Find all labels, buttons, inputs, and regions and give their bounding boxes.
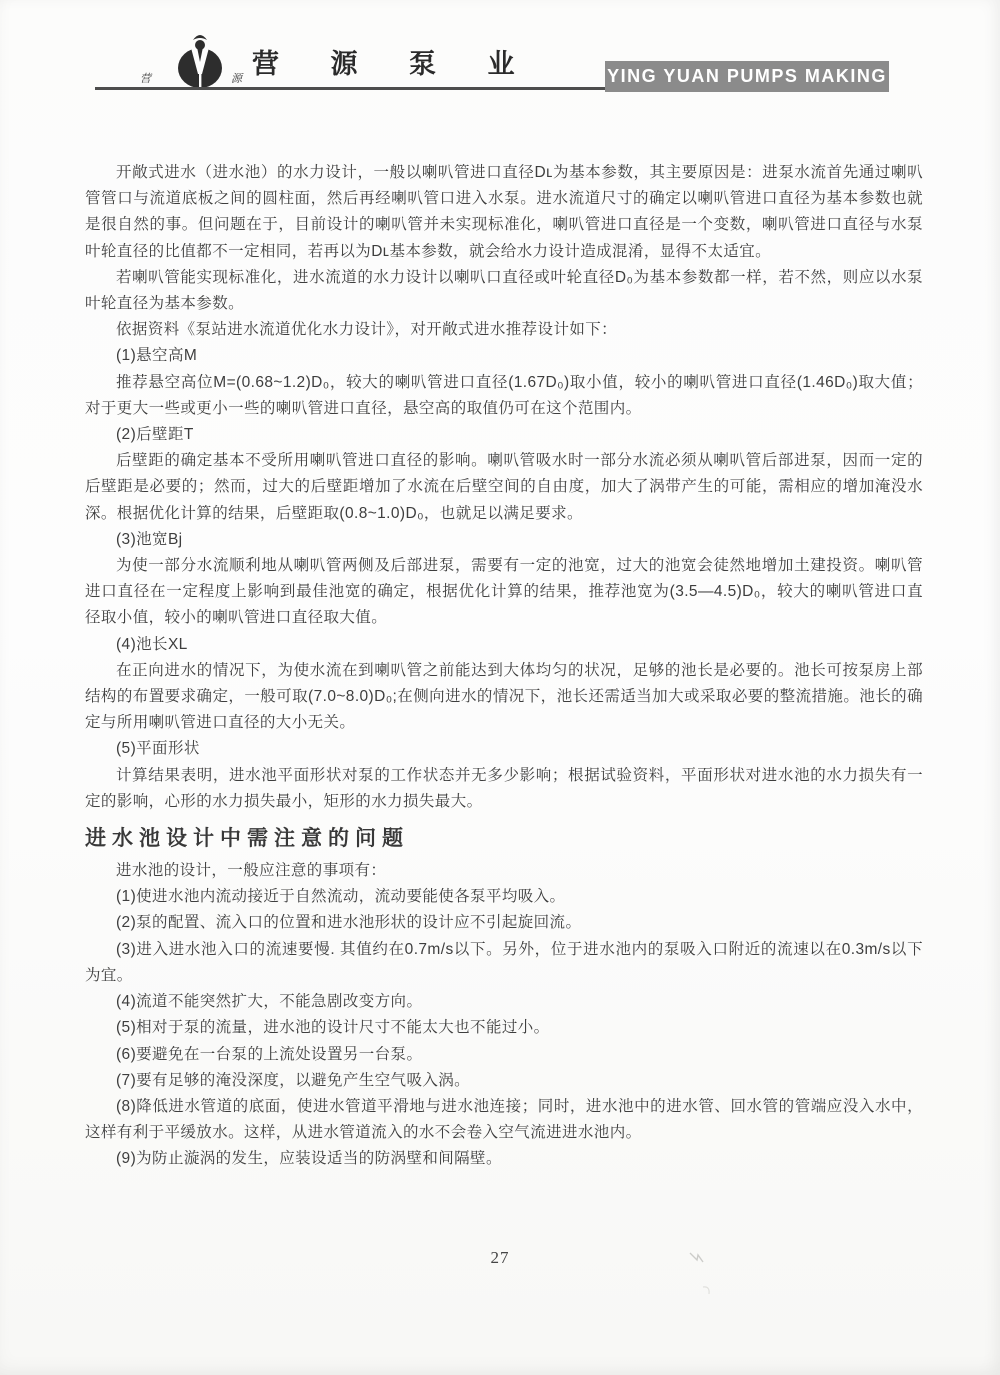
paragraph: 为使一部分水流顺利地从喇叭管两侧及后部进泵，需要有一定的池宽，过大的池宽会徒然地…: [85, 553, 923, 632]
list-item: (2)泵的配置、流入口的位置和进水池形状的设计应不引起旋回流。: [85, 910, 923, 936]
logo-char-left: 营: [140, 70, 151, 86]
paragraph: 若喇叭管能实现标准化，进水流道的水力设计以喇叭口直径或叶轮直径D₀为基本参数都一…: [85, 265, 923, 317]
paragraph: 进水池的设计，一般应注意的事项有：: [85, 858, 923, 884]
list-item: (4)流道不能突然扩大，不能急剧改变方向。: [85, 989, 923, 1015]
list-item: (5)平面形状: [85, 736, 923, 762]
list-item: (7)要有足够的淹没深度，以避免产生空气吸入涡。: [85, 1068, 923, 1094]
section-heading: 进水池设计中需注意的问题: [85, 822, 923, 852]
company-logo: 营 源: [150, 26, 250, 94]
list-item: (9)为防止漩涡的发生，应装设适当的防涡壁和间隔壁。: [85, 1146, 923, 1172]
page-number: 27: [491, 1248, 510, 1267]
list-item: (5)相对于泵的流量，进水池的设计尺寸不能太大也不能过小。: [85, 1015, 923, 1041]
handwritten-mark: [688, 1250, 708, 1275]
logo-char-right: 源: [231, 70, 242, 86]
brand-name-cn: 营 源 泵 业: [252, 42, 537, 81]
document-body: 开敞式进水（进水池）的水力设计，一般以喇叭管进口直径Dʟ为基本参数，其主要原因是…: [85, 160, 923, 1173]
page-header: 营 源 营 源 泵 业 YING YUAN PUMPS MAKING: [0, 0, 1000, 110]
document-page: 营 源 营 源 泵 业 YING YUAN PUMPS MAKING 开敞式进水…: [0, 0, 1000, 1375]
paragraph: 后壁距的确定基本不受所用喇叭管进口直径的影响。喇叭管吸水时一部分水流必须从喇叭管…: [85, 448, 923, 527]
paragraph: 依据资料《泵站进水流道优化水力设计》，对开敞式进水推荐设计如下：: [85, 317, 923, 343]
list-item: (1)悬空高M: [85, 343, 923, 369]
brand-name-en: YING YUAN PUMPS MAKING: [607, 66, 887, 87]
brand-banner: YING YUAN PUMPS MAKING: [605, 61, 889, 92]
page-footer: 27: [0, 1248, 1000, 1268]
list-item: (6)要避免在一台泵的上流处设置另一台泵。: [85, 1042, 923, 1068]
list-item: (1)使进水池内流动接近于自然流动，流动要能使各泵平均吸入。: [85, 884, 923, 910]
list-item: (3)进入进水池入口的流速要慢. 其值约在0.7m/s以下。另外，位于进水池内的…: [85, 937, 923, 989]
paragraph: 推荐悬空高位M=(0.68~1.2)D₀，较大的喇叭管进口直径(1.67D₀)取…: [85, 370, 923, 422]
list-item: (2)后壁距T: [85, 422, 923, 448]
header-rule: [95, 87, 607, 90]
list-item: (4)池长XL: [85, 632, 923, 658]
list-item: (3)池宽Bj: [85, 527, 923, 553]
paragraph: 开敞式进水（进水池）的水力设计，一般以喇叭管进口直径Dʟ为基本参数，其主要原因是…: [85, 160, 923, 265]
paragraph: 计算结果表明，进水池平面形状对泵的工作状态并无多少影响；根据试验资料，平面形状对…: [85, 763, 923, 815]
list-item: (8)降低进水管道的底面，使进水管道平滑地与进水池连接；同时，进水池中的进水管、…: [85, 1094, 923, 1146]
paragraph: 在正向进水的情况下，为使水流在到喇叭管之前能达到大体均匀的状况，足够的池长是必要…: [85, 658, 923, 737]
handwritten-mark-curl: [700, 1284, 716, 1305]
